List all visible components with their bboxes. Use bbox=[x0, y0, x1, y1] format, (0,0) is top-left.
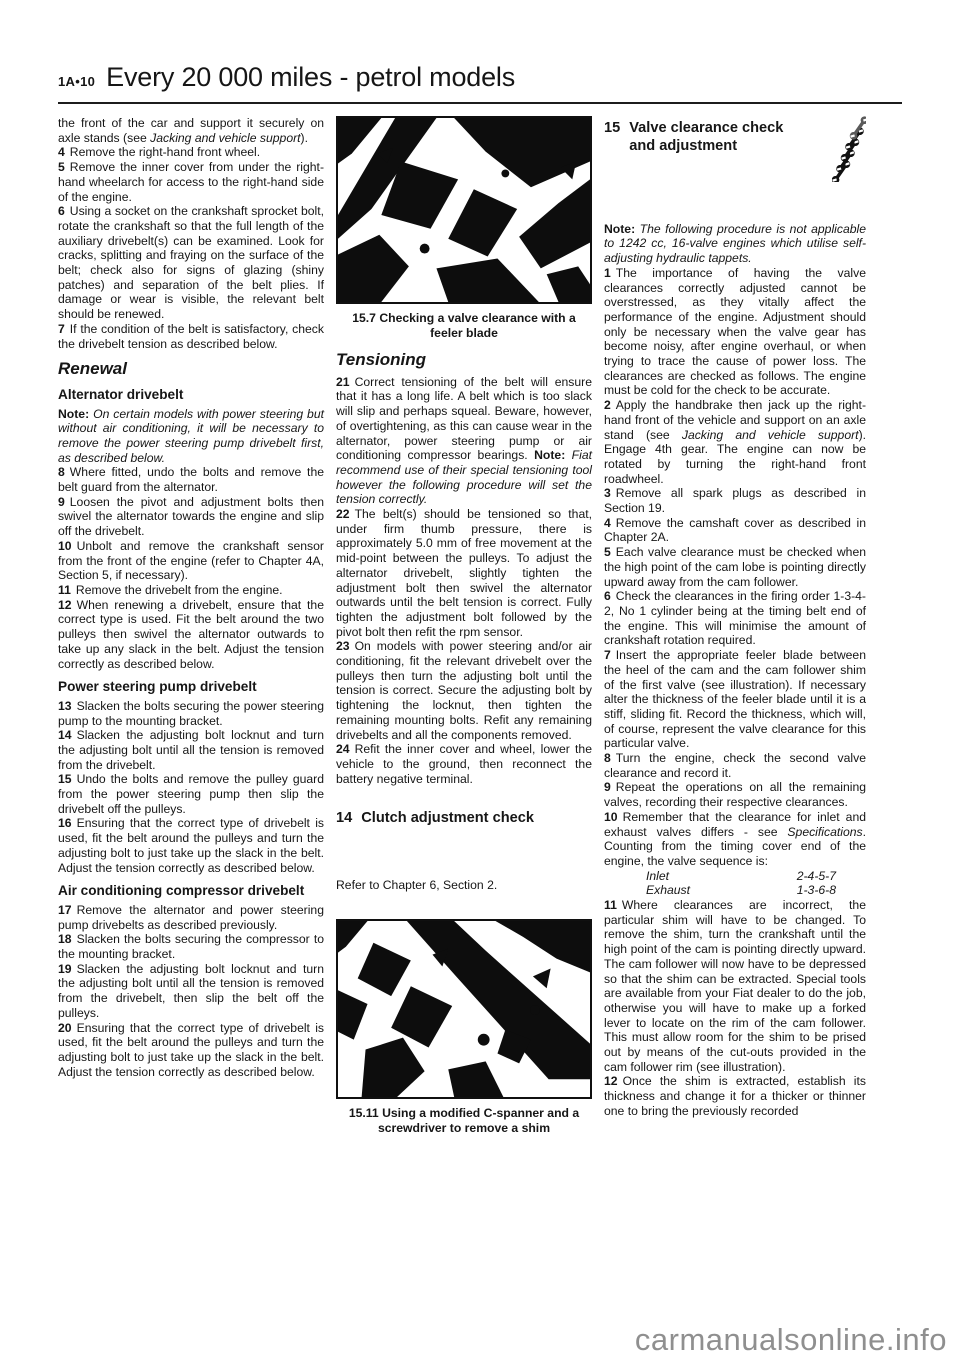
tensioning-paragraphs: 21Correct tensioning of the belt will en… bbox=[336, 375, 592, 787]
section-14-title: Clutch adjustment check bbox=[361, 810, 534, 828]
figure-15-11: 15.11 Using a modified C-spanner and a s… bbox=[336, 919, 592, 1136]
paragraph: 1The importance of having the valve clea… bbox=[604, 266, 866, 398]
paragraph: 6Check the clearances in the firing orde… bbox=[604, 589, 866, 648]
section-14-number: 14 bbox=[336, 810, 352, 828]
paragraph: 9Loosen the pivot and adjustment bolts t… bbox=[58, 495, 324, 539]
paragraph: 7If the condition of the belt is satisfa… bbox=[58, 322, 324, 351]
paragraph: 11Remove the drivebelt from the engine. bbox=[58, 583, 324, 598]
valve-sequence-row: Inlet2-4-5-7 bbox=[604, 869, 836, 884]
aircon-compressor-heading: Air conditioning compressor drivebelt bbox=[58, 883, 324, 899]
paragraph: 16Ensuring that the correct type of driv… bbox=[58, 816, 324, 875]
column-left: the front of the car and support it secu… bbox=[58, 116, 324, 1146]
paragraph: 4Remove the camshaft cover as described … bbox=[604, 516, 866, 545]
paragraph: 18Slacken the bolts securing the compres… bbox=[58, 932, 324, 961]
section-15-header: 15 Valve clearance checkand adjustment bbox=[604, 120, 866, 186]
paragraph: 11Where clearances are incorrect, the pa… bbox=[604, 898, 866, 1074]
paragraph: 13Slacken the bolts securing the power s… bbox=[58, 699, 324, 728]
paragraph: 22The belt(s) should be tensioned so tha… bbox=[336, 507, 592, 639]
figure-15-7-photo bbox=[336, 116, 592, 304]
paragraph: 6Using a socket on the crankshaft sprock… bbox=[58, 204, 324, 322]
valve-sequence-table: Inlet2-4-5-7 Exhaust1-3-6-8 bbox=[604, 869, 866, 898]
c-spanner-photo-art bbox=[338, 921, 590, 1097]
section-15-note: Note: The following procedure is not app… bbox=[604, 222, 866, 266]
column-middle: 15.7 Checking a valve clearance with a f… bbox=[336, 116, 592, 1146]
page-header: 1A•10 Every 20 000 miles - petrol models bbox=[58, 0, 902, 104]
paragraph: 5Remove the inner cover from under the r… bbox=[58, 160, 324, 204]
valve-sequence-row: Exhaust1-3-6-8 bbox=[604, 883, 836, 898]
shim-paragraphs: 11Where clearances are incorrect, the pa… bbox=[604, 898, 866, 1119]
watermark: carmanualsonline.info bbox=[635, 1322, 947, 1358]
content-columns: the front of the car and support it secu… bbox=[58, 116, 902, 1146]
paragraph: 12Once the shim is extracted, establish … bbox=[604, 1074, 866, 1118]
difficulty-spanners-icon bbox=[832, 116, 866, 186]
paragraph: 21Correct tensioning of the belt will en… bbox=[336, 375, 592, 507]
page-number: 1A•10 bbox=[58, 74, 95, 89]
paragraph: 8Turn the engine, check the second valve… bbox=[604, 751, 866, 780]
alternator-paragraphs: 8Where fitted, undo the bolts and remove… bbox=[58, 465, 324, 671]
engine-valve-photo-art bbox=[338, 118, 590, 302]
power-steering-paragraphs: 13Slacken the bolts securing the power s… bbox=[58, 699, 324, 875]
paragraph: 7Insert the appropriate feeler blade bet… bbox=[604, 648, 866, 751]
figure-15-11-caption: 15.11 Using a modified C-spanner and a s… bbox=[336, 1106, 592, 1136]
figure-15-7-caption: 15.7 Checking a valve clearance with a f… bbox=[336, 311, 592, 341]
paragraph: 9Repeat the operations on all the remain… bbox=[604, 780, 866, 809]
section-15-title: Valve clearance checkand adjustment bbox=[629, 120, 783, 156]
paragraph: 24Refit the inner cover and wheel, lower… bbox=[336, 742, 592, 786]
section-14-body: Refer to Chapter 6, Section 2. bbox=[336, 878, 592, 893]
alternator-drivebelt-heading: Alternator drivebelt bbox=[58, 387, 324, 403]
paragraph: 17Remove the alternator and power steeri… bbox=[58, 903, 324, 932]
paragraph: 5Each valve clearance must be checked wh… bbox=[604, 545, 866, 589]
paragraph: 12When renewing a drivebelt, ensure that… bbox=[58, 598, 324, 672]
paragraph: 14Slacken the adjusting bolt locknut and… bbox=[58, 728, 324, 772]
figure-15-7: 15.7 Checking a valve clearance with a f… bbox=[336, 116, 592, 341]
paragraph: 2Apply the handbrake then jack up the ri… bbox=[604, 398, 866, 486]
paragraph: 20Ensuring that the correct type of driv… bbox=[58, 1021, 324, 1080]
page-title: Every 20 000 miles - petrol models bbox=[106, 62, 515, 93]
paragraph: 10Unbolt and remove the crankshaft senso… bbox=[58, 539, 324, 583]
section-15-number: 15 bbox=[604, 120, 620, 156]
intro-paragraphs: the front of the car and support it secu… bbox=[58, 116, 324, 351]
paragraph: 8Where fitted, undo the bolts and remove… bbox=[58, 465, 324, 494]
paragraph: 23On models with power steering and/or a… bbox=[336, 639, 592, 742]
figure-15-11-photo bbox=[336, 919, 592, 1099]
paragraph: 10Remember that the clearance for inlet … bbox=[604, 810, 866, 869]
renewal-heading: Renewal bbox=[58, 360, 324, 379]
paragraph: 4Remove the right-hand front wheel. bbox=[58, 145, 324, 160]
power-steering-heading: Power steering pump drivebelt bbox=[58, 679, 324, 695]
section-14: 14 Clutch adjustment check Refer to Chap… bbox=[336, 810, 592, 893]
paragraph: 15Undo the bolts and remove the pulley g… bbox=[58, 772, 324, 816]
alternator-note: Note: On certain models with power steer… bbox=[58, 407, 324, 466]
tensioning-heading: Tensioning bbox=[336, 351, 592, 370]
section-14-header: 14 Clutch adjustment check bbox=[336, 810, 592, 828]
paragraph: the front of the car and support it secu… bbox=[58, 116, 324, 145]
section-15-title-group: 15 Valve clearance checkand adjustment bbox=[604, 120, 783, 156]
aircon-paragraphs: 17Remove the alternator and power steeri… bbox=[58, 903, 324, 1079]
paragraph: 3Remove all spark plugs as described in … bbox=[604, 486, 866, 515]
column-right: 15 Valve clearance checkand adjustment bbox=[604, 116, 866, 1146]
paragraph: 19Slacken the adjusting bolt locknut and… bbox=[58, 962, 324, 1021]
valve-check-paragraphs: 1The importance of having the valve clea… bbox=[604, 266, 866, 869]
